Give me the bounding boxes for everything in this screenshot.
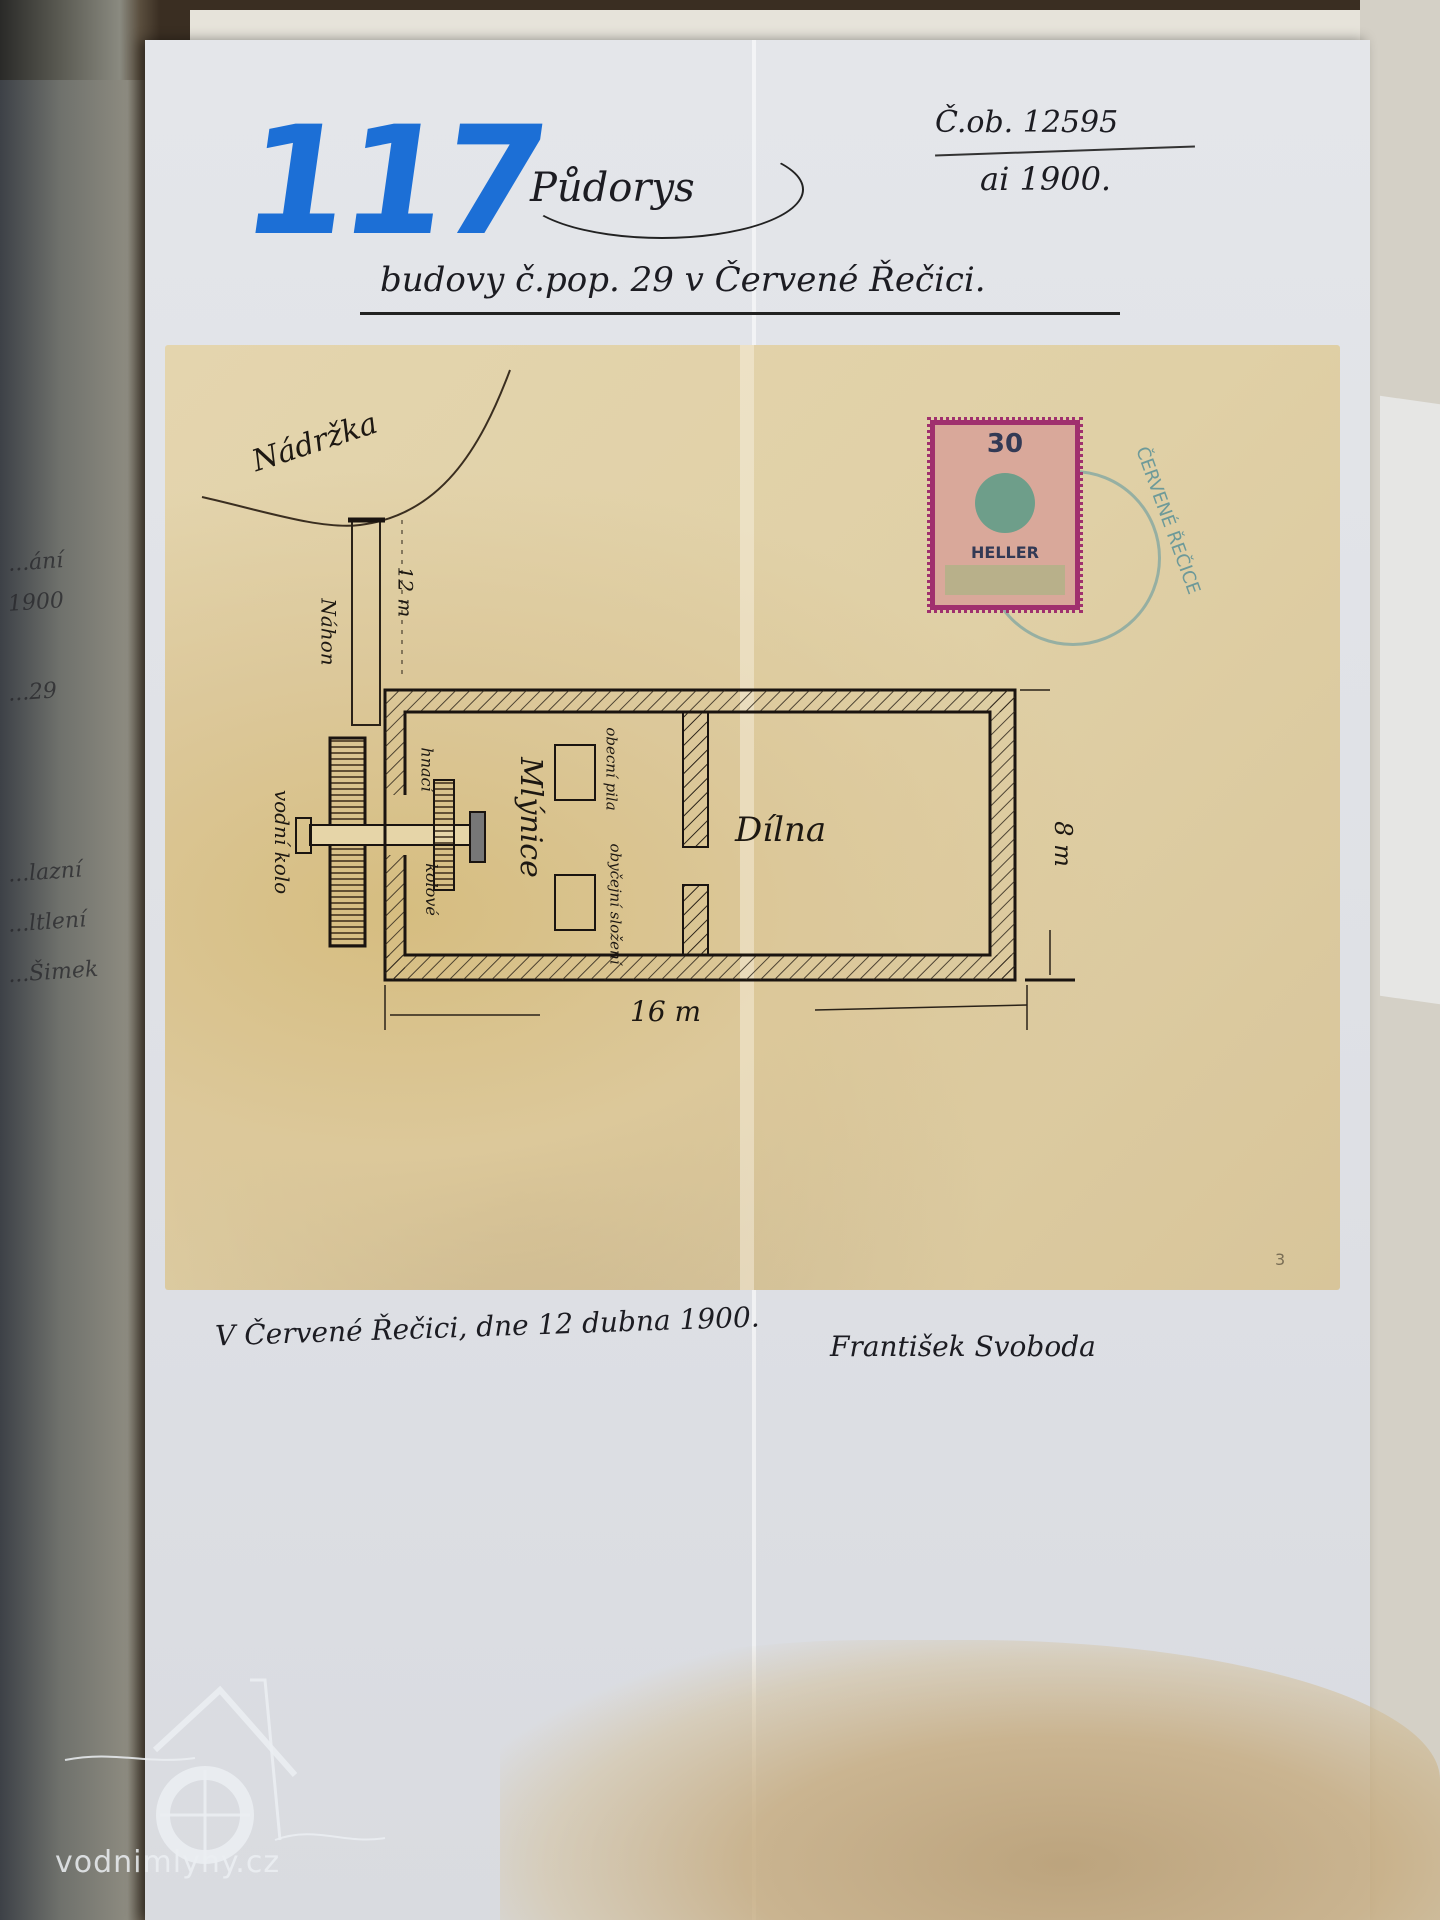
partition-wall	[683, 712, 708, 847]
gear-label-bottom: kolové	[422, 863, 441, 916]
stamp-band	[945, 565, 1065, 595]
watermark-site: vodnimlyny.cz	[55, 1845, 280, 1880]
water-wheel-label: vodní kolo	[270, 790, 294, 894]
millstone-1	[555, 745, 595, 800]
mill-race	[352, 520, 380, 725]
millstone-1-label: obecní pila	[603, 727, 621, 810]
mill-room-label: Mlýnice	[513, 757, 548, 878]
gear-label-top: hnací	[418, 747, 437, 791]
depth-dimension: 8 m	[1049, 821, 1077, 867]
workshop-label: Dílna	[735, 810, 826, 850]
signature: František Svoboda	[830, 1330, 1096, 1363]
revenue-stamp: 30 HELLER	[930, 420, 1080, 610]
millstone-2	[555, 875, 595, 930]
stamp-currency: HELLER	[935, 543, 1075, 562]
width-dimension: 16 m	[630, 995, 701, 1028]
page-number: 3	[1275, 1250, 1285, 1269]
race-label: Náhon	[317, 598, 341, 665]
stamp-value: 30	[935, 429, 1075, 459]
floor-plan-drawing	[0, 0, 1440, 1920]
race-length-label: 12 m	[393, 567, 417, 618]
millstone-2-label: obyčejní složení	[607, 843, 625, 964]
stamp-portrait-icon	[975, 473, 1035, 533]
